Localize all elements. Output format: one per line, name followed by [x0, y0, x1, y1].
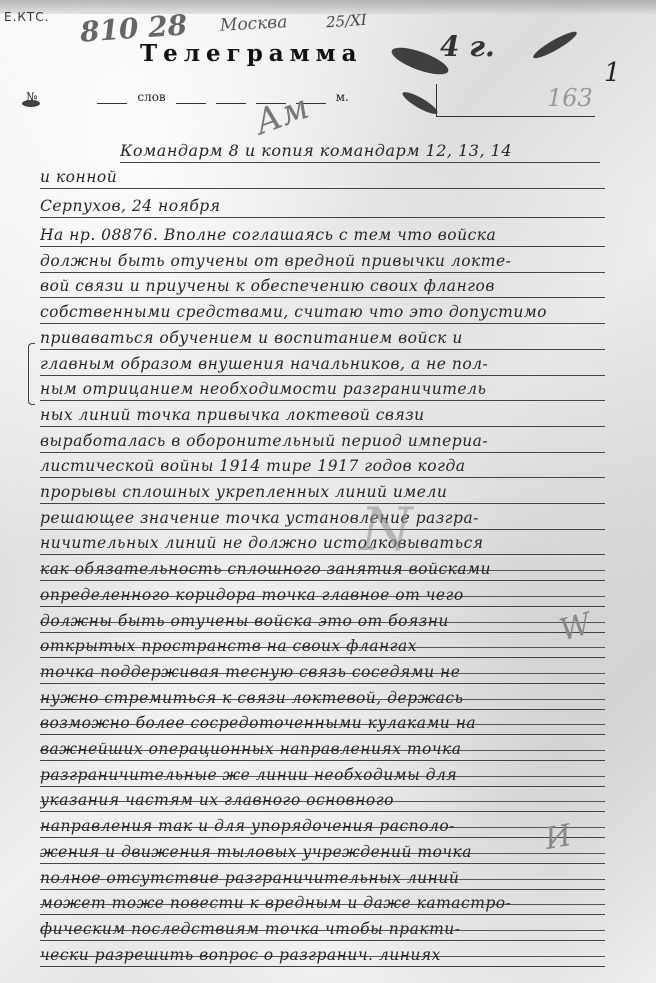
body-line: выработалась в оборонительный период имп… [40, 430, 605, 453]
body-line: должны быть отучены войска это от боязни [40, 610, 605, 633]
box-number: 163 [547, 84, 593, 112]
minute-label: м. [336, 90, 349, 104]
body-line: как обязательность сплошного занятия вой… [40, 558, 605, 581]
stamp-right: 4 г. [440, 30, 495, 63]
body-line: точка поддерживая тесную связь соседями … [40, 661, 605, 684]
body-line: полное отсутствие разграничительных лини… [40, 867, 605, 890]
registration-box: 163 [436, 84, 595, 117]
body-line: должны быть отучены от вредной привычки … [40, 250, 605, 273]
body-line: жения и движения тыловых учреждений точк… [40, 841, 605, 864]
body-line: возможно более сосредоточенными кулаками… [40, 712, 605, 735]
body-line: чески разрешить вопрос о разгранич. лини… [40, 944, 605, 967]
ink-blot [400, 89, 440, 118]
body-line: направления так и для упорядочения распо… [40, 815, 605, 838]
body-line: определенного коридора точка главное от … [40, 584, 605, 607]
body-line: ных линий точка привычка локтевой связи [40, 404, 605, 427]
number-field [97, 95, 127, 104]
body-line: листической войны 1914 тире 1917 годов к… [40, 455, 605, 478]
margin-bracket [28, 343, 35, 405]
body-line: ным отрицанием необходимости разграничит… [40, 378, 605, 401]
body-line: открытых пространств на своих флангах [40, 635, 605, 658]
words-label: слов [137, 90, 165, 104]
words-field [176, 95, 206, 104]
body-line: собственными средствами, считаю что это … [40, 301, 605, 324]
document-title: Телеграмма [140, 40, 363, 67]
body-line: указания частям их главного основного [40, 789, 605, 812]
body-line: разграничительные же линии необходимы дл… [40, 764, 605, 787]
ink-blot [531, 28, 579, 62]
pencil-annotation: N [360, 495, 413, 565]
body-line: важнейших операционных направлениях точк… [40, 738, 605, 761]
body-line: вой связи и приучены к обеспечению своих… [40, 275, 605, 298]
body-line: ничительных линий не должно истолковыват… [40, 532, 605, 555]
page-number: 1 [604, 58, 621, 88]
receipt-stamp: Москва [220, 12, 288, 35]
body-line: На нр. 08876. Вполне соглашаясь с тем чт… [40, 224, 605, 247]
addressee-line: Командарм 8 и копия командарм 12, 13, 14 [120, 140, 600, 163]
body-line: фическим последствиям точка чтобы практи… [40, 918, 605, 941]
body-line: главным образом внушения начальников, а … [40, 353, 605, 376]
telegram-page: Е.КТС. 810 28 Москва 25/XI Телеграмма 4 … [0, 0, 656, 983]
date-field [216, 95, 246, 104]
body-line: может тоже повести к вредным и даже ката… [40, 892, 605, 915]
body-line: решающее значение точка установление раз… [40, 507, 605, 530]
origin-line: Серпухов, 24 ноября [40, 195, 605, 218]
body-line: приваваться обучением и воспитанием войс… [40, 327, 605, 350]
addressee-line: и конной [40, 166, 605, 189]
receipt-date: 25/XI [325, 11, 367, 32]
scan-edge [0, 0, 656, 14]
body-line: прорывы сплошных укрепленных линий имели [40, 481, 605, 504]
body-line: нужно стремиться к связи локтевой, держа… [40, 687, 605, 710]
number-label: № [26, 90, 37, 104]
archive-stamp-strip: Е.КТС. [4, 10, 49, 24]
